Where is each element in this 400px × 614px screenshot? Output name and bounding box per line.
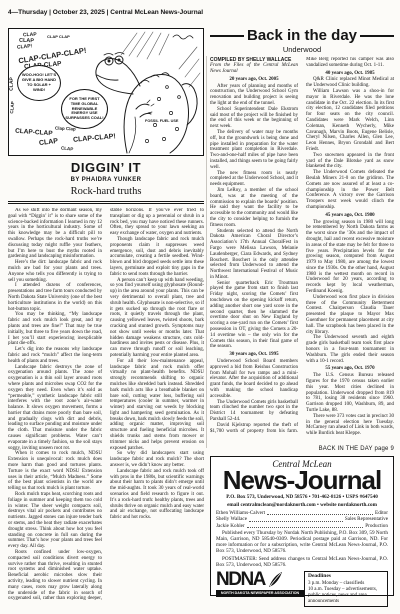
masthead-logo-main: News-Journal (216, 469, 388, 492)
header-rule-right (360, 35, 394, 37)
diggin-it-body-text: As we shift into the dormant season, my … (8, 208, 204, 604)
article-paragraph: Here’s the dirt: landscape fabric and ro… (8, 260, 102, 283)
staff-role: Production (365, 523, 388, 529)
feather-icon (266, 571, 284, 589)
article-paragraph: Landscape fabric and rock mulch took off… (110, 469, 204, 521)
clap-sfx-text: CLAP-CLAP (15, 128, 53, 138)
page-folio: 4—Thursday | October 23, 2025 | Central … (8, 9, 392, 17)
source-note: From the Files of the Central McLean New… (210, 63, 298, 75)
masthead-address-line: P.O. Box 573, Underwood, ND 58576 • 701-… (216, 494, 388, 500)
masthead-staff-list: Ethen Williams-CalvertEditorShelly Walla… (216, 510, 388, 529)
article-paragraph: Underwood School Board members approved … (210, 359, 298, 400)
article-paragraph: Students selected to attend the North Da… (210, 229, 298, 281)
section-heading: 55 years ago, Oct. 1970 (306, 366, 394, 372)
editorial-cartoon: FOSSIL FUEL USE CLAPCLAPCLAP!CLAP-CLAP-C… (8, 28, 204, 156)
article-paragraph: Rock mulch traps heat, scorching roots a… (8, 492, 102, 550)
article-paragraph: Jim LeRoy, a member of the school board,… (210, 188, 298, 229)
deadlines-title: Deadlines (308, 574, 384, 580)
section-heading: 30 years ago, Oct. 1995 (210, 352, 298, 358)
article-paragraph: School Superintendent Dale Ekstrom said … (210, 107, 298, 130)
article-paragraph: After years of planning and months of co… (210, 84, 298, 107)
dotted-leader (267, 514, 373, 515)
article-paragraph: When it comes to rock mulch, NDSU Extens… (8, 451, 102, 492)
article-paragraph: The Underwood seventh and eighth grade g… (306, 335, 394, 364)
masthead-contact-line: email centralmclean@nordaknorth.com • we… (216, 502, 388, 508)
article-paragraph: The new fitness room is nearly completed… (210, 171, 298, 188)
article-paragraph: Let’s dig into the reasons why landscape… (8, 347, 102, 364)
ndna-acronym: NDNA (216, 571, 265, 588)
continuation-jump-line: BACK IN THE DAY page 9 (210, 445, 394, 453)
column-title: Back in the day (247, 28, 357, 44)
back-in-the-day-body: COMPILED BY SHELLY WALLACE From the File… (210, 57, 394, 443)
back-in-the-day-header: Back in the day (210, 28, 394, 44)
clap-sfx-text: CLAP (61, 145, 74, 151)
article-paragraph: A person can’t keep up with hand weeding… (110, 278, 204, 359)
article-paragraph: The growing season in 1980 will long be … (306, 220, 394, 295)
clap-sfx-text: CLAP CLAP (47, 34, 70, 39)
article-paragraph: The Underwood Comets girls basketball te… (210, 400, 298, 423)
article-subtitle: Rock-hard truths (8, 186, 204, 198)
dotted-leader (247, 527, 364, 528)
deadline-line: 10 a.m. Tuesday – advertisements, public… (308, 587, 384, 604)
staff-row: Jackie KohlerProduction (216, 523, 388, 529)
ndna-logo: NDNA NORTH DAKOTA NEWSPAPER ASSOCIATION (216, 571, 304, 597)
article-paragraph: I attended dozens of conferences, presen… (8, 283, 102, 312)
masthead-bottom-row: NDNA NORTH DAKOTA NEWSPAPER ASSOCIATION … (216, 571, 388, 607)
article-paragraph: The Underwood Comets defeated the Beulah… (306, 170, 394, 211)
staff-name: Jackie Kohler (216, 523, 245, 529)
section-heading: 40 years ago, Oct. 1985 (306, 71, 394, 77)
dotted-leader (249, 521, 343, 522)
section-heading: 20 years ago, Oct. 2005 (210, 77, 298, 83)
header-rule-left (210, 35, 244, 37)
deadlines-box: Deadlines 3 p.m. Monday – classifieds10 … (304, 571, 388, 607)
article-paragraph: Landscape fabric destroys the zone of ox… (8, 365, 102, 452)
deadlines-lines: 3 p.m. Monday – classifieds10 a.m. Tuesd… (308, 581, 384, 604)
clap-sfx-text: CLAP (9, 101, 15, 114)
article-paragraph: Q&R Clinic replaced Minot Medical at the… (306, 77, 394, 89)
article-paragraph: Two snowmen appeared in the front yard o… (306, 153, 394, 170)
column-divider-rule (206, 56, 207, 448)
article-paragraph: You may be thinking, “My landscape fabri… (8, 312, 102, 347)
article-paragraph: For all their low-maintenance appeal, la… (110, 359, 204, 452)
clap-sfx-text: CLAP (9, 77, 15, 91)
article-byline: BY PHAIDRA YUNKER (8, 176, 204, 184)
article-paragraph: So why did landscapers start using lands… (110, 451, 204, 468)
clap-sfx-text: CLAP (39, 138, 59, 147)
clap-sfx-text: CLAP-CLAP! (73, 133, 116, 144)
newspaper-page: 4—Thursday | October 23, 2025 | Central … (0, 0, 400, 614)
column-subtitle: Underwood (210, 45, 394, 54)
article-paragraph: The U.S. Census Bureau released figures … (306, 373, 394, 414)
article-paragraph: As we shift into the dormant season, my … (8, 208, 102, 260)
article-paragraph: William Lawson was a shoo-in for mayor i… (306, 89, 394, 153)
masthead-published-text: Published every Thursday by Nordak North… (216, 531, 388, 555)
article-paragraph: Senior quarterback Eric Troutman played … (210, 281, 298, 351)
diggin-it-header: DIGGIN’ IT BY PHAIDRA YUNKER Rock-hard t… (8, 161, 204, 204)
double-rule (8, 201, 204, 204)
section-heading: 45 years ago, Oct. 1980 (306, 213, 394, 219)
article-paragraph: The delivery of water may be months off,… (210, 130, 298, 171)
ndna-full-name: NORTH DAKOTA NEWSPAPER ASSOCIATION (216, 590, 304, 597)
masthead-postmaster-text: POSTMASTER: Send address changes to Cent… (216, 557, 388, 569)
back-in-the-day-article: Back in the day Underwood COMPILED BY SH… (210, 28, 394, 596)
article-title: DIGGIN’ IT (8, 161, 204, 175)
masthead-box: Central McLean News-Journal P.O. Box 573… (210, 456, 394, 596)
clap-sfx-text: CLAP! (17, 43, 33, 51)
speech-bubble-solar-wind: WOO-HOO! LET’S GIVE A BIG HAND TO SOLAR … (17, 65, 61, 101)
speech-bubble-renewables: FOR THE FIRST TIME GLOBAL RENEWABLE ENER… (61, 89, 108, 129)
diggin-it-article: FOSSIL FUEL USE CLAPCLAPCLAP!CLAP-CLAP-C… (8, 28, 204, 604)
article-paragraph: Underwood won first place in division th… (306, 295, 394, 336)
article-paragraph: There were 373 votes cast in precinct 30… (306, 414, 394, 437)
article-paragraph: Though landscape fabric and rock mulch p… (110, 237, 204, 278)
